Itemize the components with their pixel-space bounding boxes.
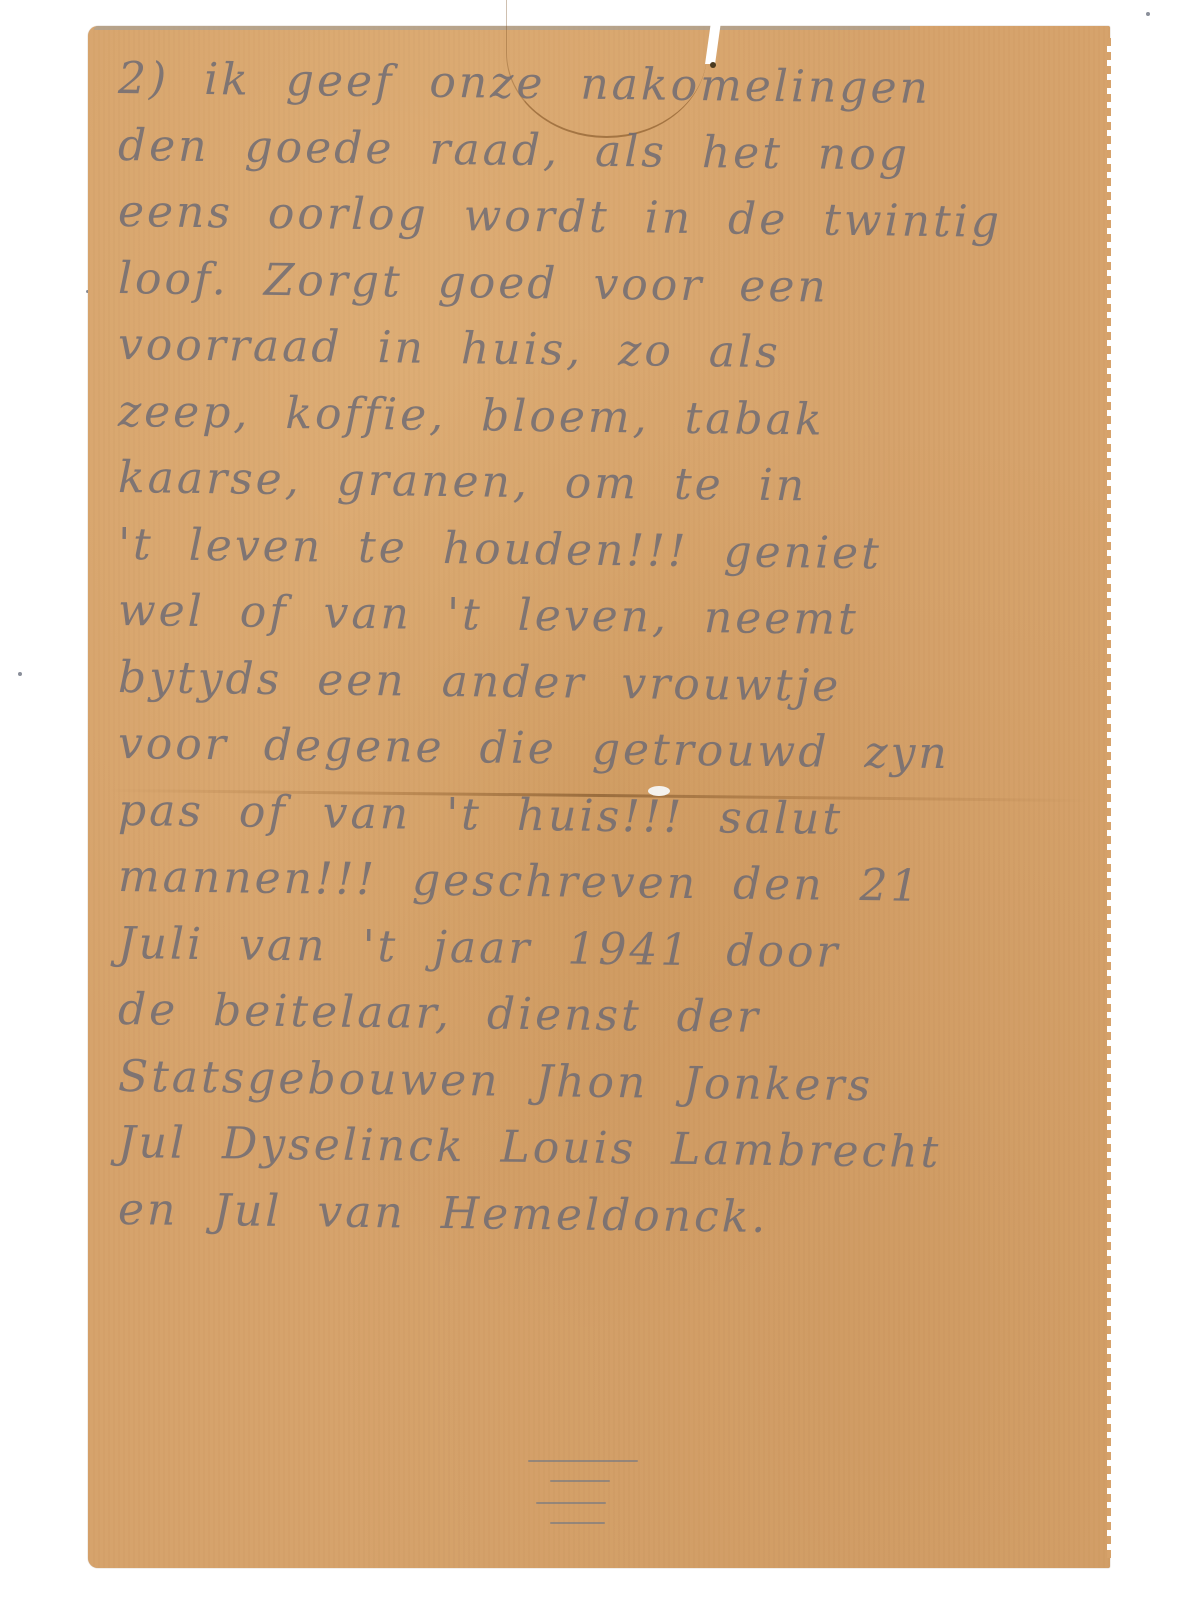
text-line: wel of van 't leven, neemt bbox=[118, 578, 1109, 657]
end-flourish-mark bbox=[528, 1456, 638, 1546]
text-line: bytyds een ander vrouwtje bbox=[118, 645, 1109, 724]
text-line: voor degene die getrouwd zyn bbox=[118, 711, 1109, 790]
text-line: Juli van 't jaar 1941 door bbox=[118, 911, 1109, 990]
text-line: en Jul van Hemeldonck. bbox=[118, 1177, 1109, 1256]
text-line: pas of van 't huis!!! salut bbox=[118, 778, 1109, 857]
text-line: zeep, koffie, bloem, tabak bbox=[118, 379, 1109, 458]
text-line: 't leven te houden!!! geniet bbox=[118, 512, 1109, 591]
text-line: voorraad in huis, zo als bbox=[118, 312, 1109, 391]
scan-speck bbox=[1146, 12, 1150, 16]
scan-speck bbox=[18, 672, 22, 676]
text-line: eens oorlog wordt in de twintig bbox=[118, 179, 1109, 258]
text-line: Jul Dyselinck Louis Lambrecht bbox=[118, 1110, 1109, 1189]
text-line: Statsgebouwen Jhon Jonkers bbox=[118, 1044, 1109, 1123]
letter-paper: 2) ik geef onze nakomelingen den goede r… bbox=[88, 26, 1110, 1568]
text-line: den goede raad, als het nog bbox=[118, 113, 1109, 192]
paper-top-edge bbox=[94, 26, 910, 30]
handwritten-text: 2) ik geef onze nakomelingen den goede r… bbox=[118, 46, 1108, 1243]
text-line: de beitelaar, dienst der bbox=[118, 977, 1109, 1056]
text-line: loof. Zorgt goed voor een bbox=[118, 246, 1109, 325]
text-line: kaarse, granen, om te in bbox=[118, 445, 1109, 524]
text-line: 2) ik geef onze nakomelingen bbox=[118, 46, 1109, 125]
text-line: mannen!!! geschreven den 21 bbox=[118, 844, 1109, 923]
